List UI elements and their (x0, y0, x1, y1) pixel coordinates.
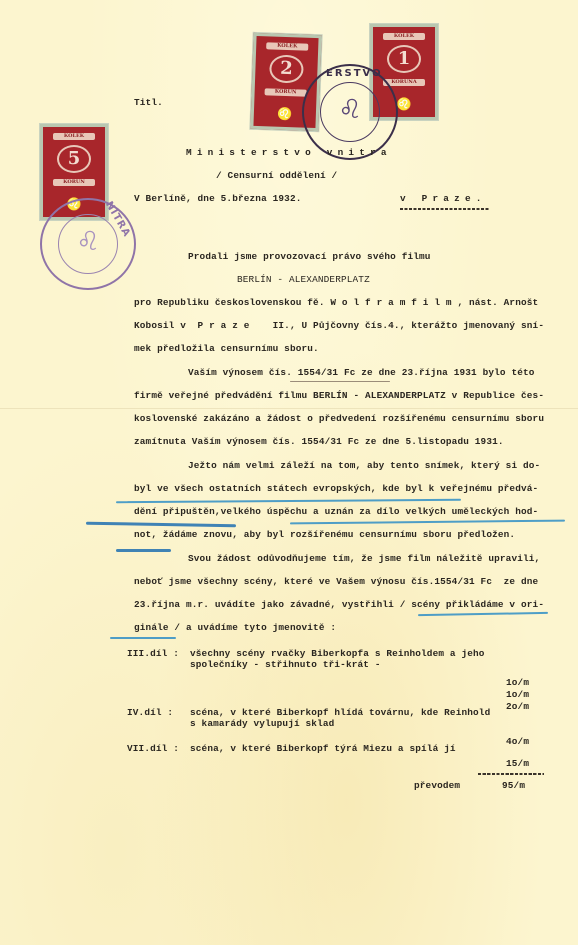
ministry-seal-dark: ♌ ERSTVO (302, 64, 398, 160)
cut-part-label: IV.díl : (127, 707, 173, 718)
stamp-value: 2 (269, 54, 304, 83)
sum-divider (478, 773, 544, 775)
paragraph-1-line: pro Republiku československou fě. W o l … (134, 297, 538, 308)
ministry-seal-violet: ♌ NITRA (40, 198, 136, 290)
blue-pen-underline (116, 499, 461, 503)
place-date: V Berlíně, dne 5.března 1932. (134, 193, 302, 204)
cut-description: s kamarády vylupují sklad (190, 718, 334, 729)
film-title: BERLÍN - ALEXANDERPLATZ (237, 274, 370, 285)
paragraph-1-line: Kobosil v P r a z e II., U Půjčovny čís.… (134, 320, 544, 331)
paragraph-2-line: koslovenské zakázáno a žádost o předvede… (134, 413, 544, 424)
blue-pen-underline (86, 522, 236, 528)
stamp-value: 1 (387, 45, 421, 73)
paragraph-4-line: 23.října m.r. uvádíte jako závadné, vyst… (134, 599, 544, 610)
cut-description: všechny scény rvačky Biberkopfa s Reinho… (190, 648, 485, 659)
total-label: převodem (414, 780, 460, 791)
cut-length: 2o/m (506, 701, 529, 712)
cut-part-label: VII.díl : (127, 743, 179, 754)
cut-description: společníky - střihnuto tři-krát - (190, 659, 381, 670)
paragraph-4-line: ginále / a uvádíme tyto jmenovitě : (134, 622, 336, 633)
city-underline (400, 208, 490, 210)
paragraph-2-line: Vaším výnosem čís. 1554/31 Fc ze dne 23.… (188, 367, 535, 378)
salutation: Titl. (134, 97, 163, 108)
addressee-ministry: Ministerstvo vnitra (186, 147, 392, 158)
paragraph-3-line: dění připuštěn,velkého úspěchu a uznán z… (134, 506, 538, 517)
blue-pen-underline (418, 612, 548, 616)
total-value: 95/m (502, 780, 525, 791)
addressee-department: / Censurní oddělení / (216, 170, 337, 181)
paragraph-4-line: Svou žádost odůvodňujeme tím, že jsme fi… (188, 553, 540, 564)
cut-length: 15/m (506, 758, 529, 769)
paragraph-3-line: Ježto nám velmi záleží na tom, aby tento… (188, 460, 540, 471)
stamp-currency: KORUN (265, 88, 307, 96)
cut-description: scéna, v které Biberkopf hlídá továrnu, … (190, 707, 490, 718)
document-page: KOLEK 2 KORUN ♌ KOLEK 1 KORUNA ♌ KOLEK 5… (0, 0, 578, 945)
stamp-value: 5 (57, 145, 91, 173)
paragraph-2-line: zamítnuta Vaším výnosem čís. 1554/31 Fc … (134, 436, 504, 447)
paragraph-3-line: not, žádáme znovu, aby byl rozšířenému c… (134, 529, 515, 540)
pencil-underline (290, 381, 390, 382)
addressee-city: v Praze. (400, 193, 487, 204)
paragraph-1-line: Prodali jsme provozovací právo svého fil… (188, 251, 431, 262)
stamp-label: KOLEK (383, 33, 425, 40)
blue-pen-underline (110, 637, 176, 639)
paragraph-1-line: mek předložila censurnímu sboru. (134, 343, 319, 354)
cut-description: scéna, v které Biberkopf týrá Miezu a sp… (190, 743, 456, 754)
blue-pen-underline (116, 549, 171, 552)
stamp-currency: KORUN (53, 179, 95, 186)
stamp-label: KOLEK (53, 133, 95, 140)
cut-length: 1o/m (506, 689, 529, 700)
cut-part-label: III.díl : (127, 648, 179, 659)
paragraph-4-line: neboť jsme všechny scény, které ve Vašem… (134, 576, 538, 587)
seal-text: ERSTVO (326, 68, 383, 79)
cut-length: 1o/m (506, 677, 529, 688)
czech-lion-icon: ♌ (304, 96, 396, 126)
paragraph-2-line: firmě veřejné předvádění filmu BERLÍN - … (134, 390, 544, 401)
paper-fold (0, 408, 578, 409)
blue-pen-underline (290, 520, 565, 525)
paragraph-3-line: byl ve všech ostatních státech evropskýc… (134, 483, 538, 494)
stamp-label: KOLEK (266, 42, 308, 50)
cut-length: 4o/m (506, 736, 529, 747)
